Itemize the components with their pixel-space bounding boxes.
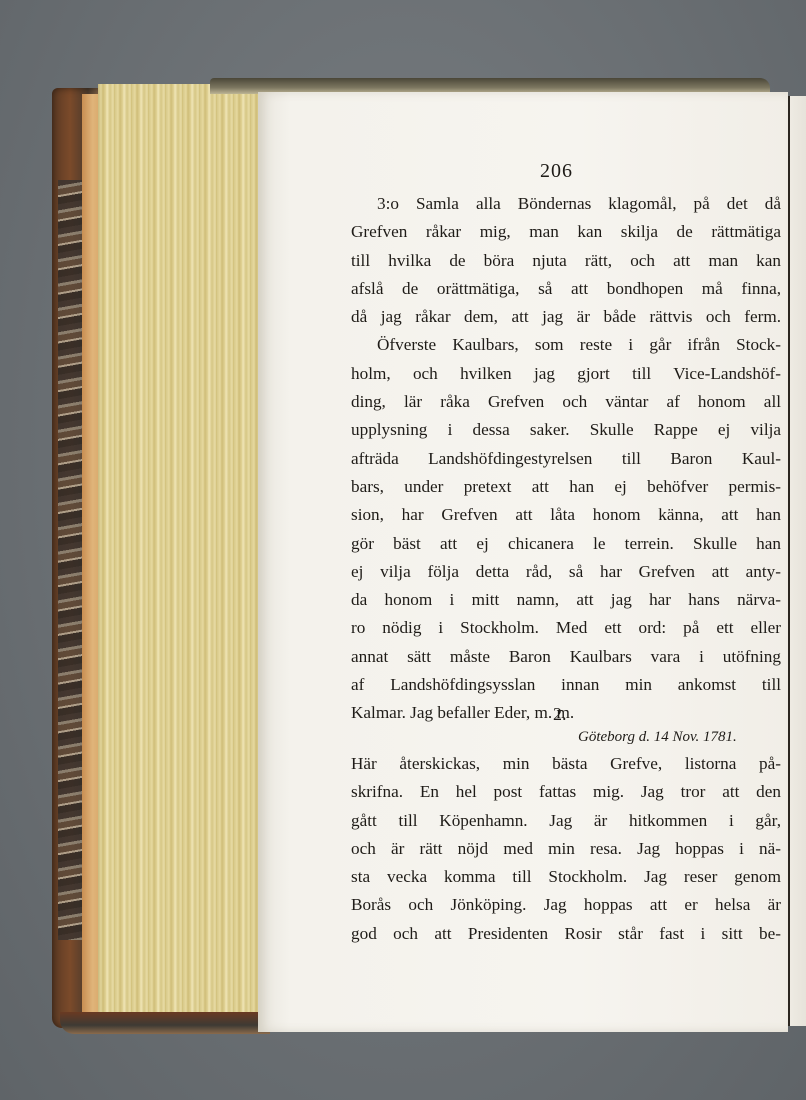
text-line: bars, under pretext att han ej behöfver … [351,473,781,501]
text-line: ro nödig i Stockholm. Med ett ord: på et… [351,614,781,642]
text-line: afträda Landshöfdingestyrelsen till Baro… [351,445,781,473]
page-edges-left [98,84,262,1030]
text-line: af Landshöfdingsysslan innan min ankomst… [351,671,781,699]
text-line: till hvilka de böra njuta rätt, och att … [351,247,781,275]
text-line: Grefven råkar mig, man kan skilja de rät… [351,218,781,246]
body-text-letter-1: 3:o Samla alla Böndernas klagomål, på de… [351,190,781,728]
text-line: då jag råkar dem, att jag är både rättvi… [351,303,781,331]
body-text-letter-2: Här återskickas, min bästa Grefve, listo… [351,750,781,948]
text-line: afslå de orättmätiga, så att bondhopen m… [351,275,781,303]
text-line: sion, har Grefven att låta honom känna, … [351,501,781,529]
text-line: Borås och Jönköping. Jag hoppas att er h… [351,891,781,919]
text-line: ej vilja följa detta råd, så har Grefven… [351,558,781,586]
letter-number: 2. [553,704,567,725]
page-number: 206 [540,160,573,183]
text-line: upplysning i dessa saker. Skulle Rappe e… [351,416,781,444]
text-line: holm, och hvilken jag gjort till Vice-La… [351,360,781,388]
text-line: gör bäst att ej chicanera le terrein. Sk… [351,530,781,558]
letter-dateline: Göteborg d. 14 Nov. 1781. [578,729,737,746]
text-line: annat sätt måste Baron Kaulbars vara i u… [351,643,781,671]
next-page-edge [788,96,806,1026]
marbled-board [58,180,84,940]
open-book: 206 3:o Samla alla Böndernas klagomål, p… [0,0,806,1100]
text-line: Öfverste Kaulbars, som reste i går ifrån… [351,331,781,359]
text-line: sta vecka komma till Stockholm. Jag rese… [351,863,781,891]
text-line: Här återskickas, min bästa Grefve, listo… [351,750,781,778]
text-line: ding, lär råka Grefven och väntar af hon… [351,388,781,416]
text-line: god och att Presidenten Rosir står fast … [351,920,781,948]
text-line: gått till Köpenhamn. Jag är hitkommen i … [351,807,781,835]
text-line: skrifna. En hel post fattas mig. Jag tro… [351,778,781,806]
text-line: 3:o Samla alla Böndernas klagomål, på de… [351,190,781,218]
cover-bottom-edge [60,1012,270,1034]
text-line: och är rätt nöjd med min resa. Jag hoppa… [351,835,781,863]
text-line: da honom i mitt namn, att jag har hans n… [351,586,781,614]
